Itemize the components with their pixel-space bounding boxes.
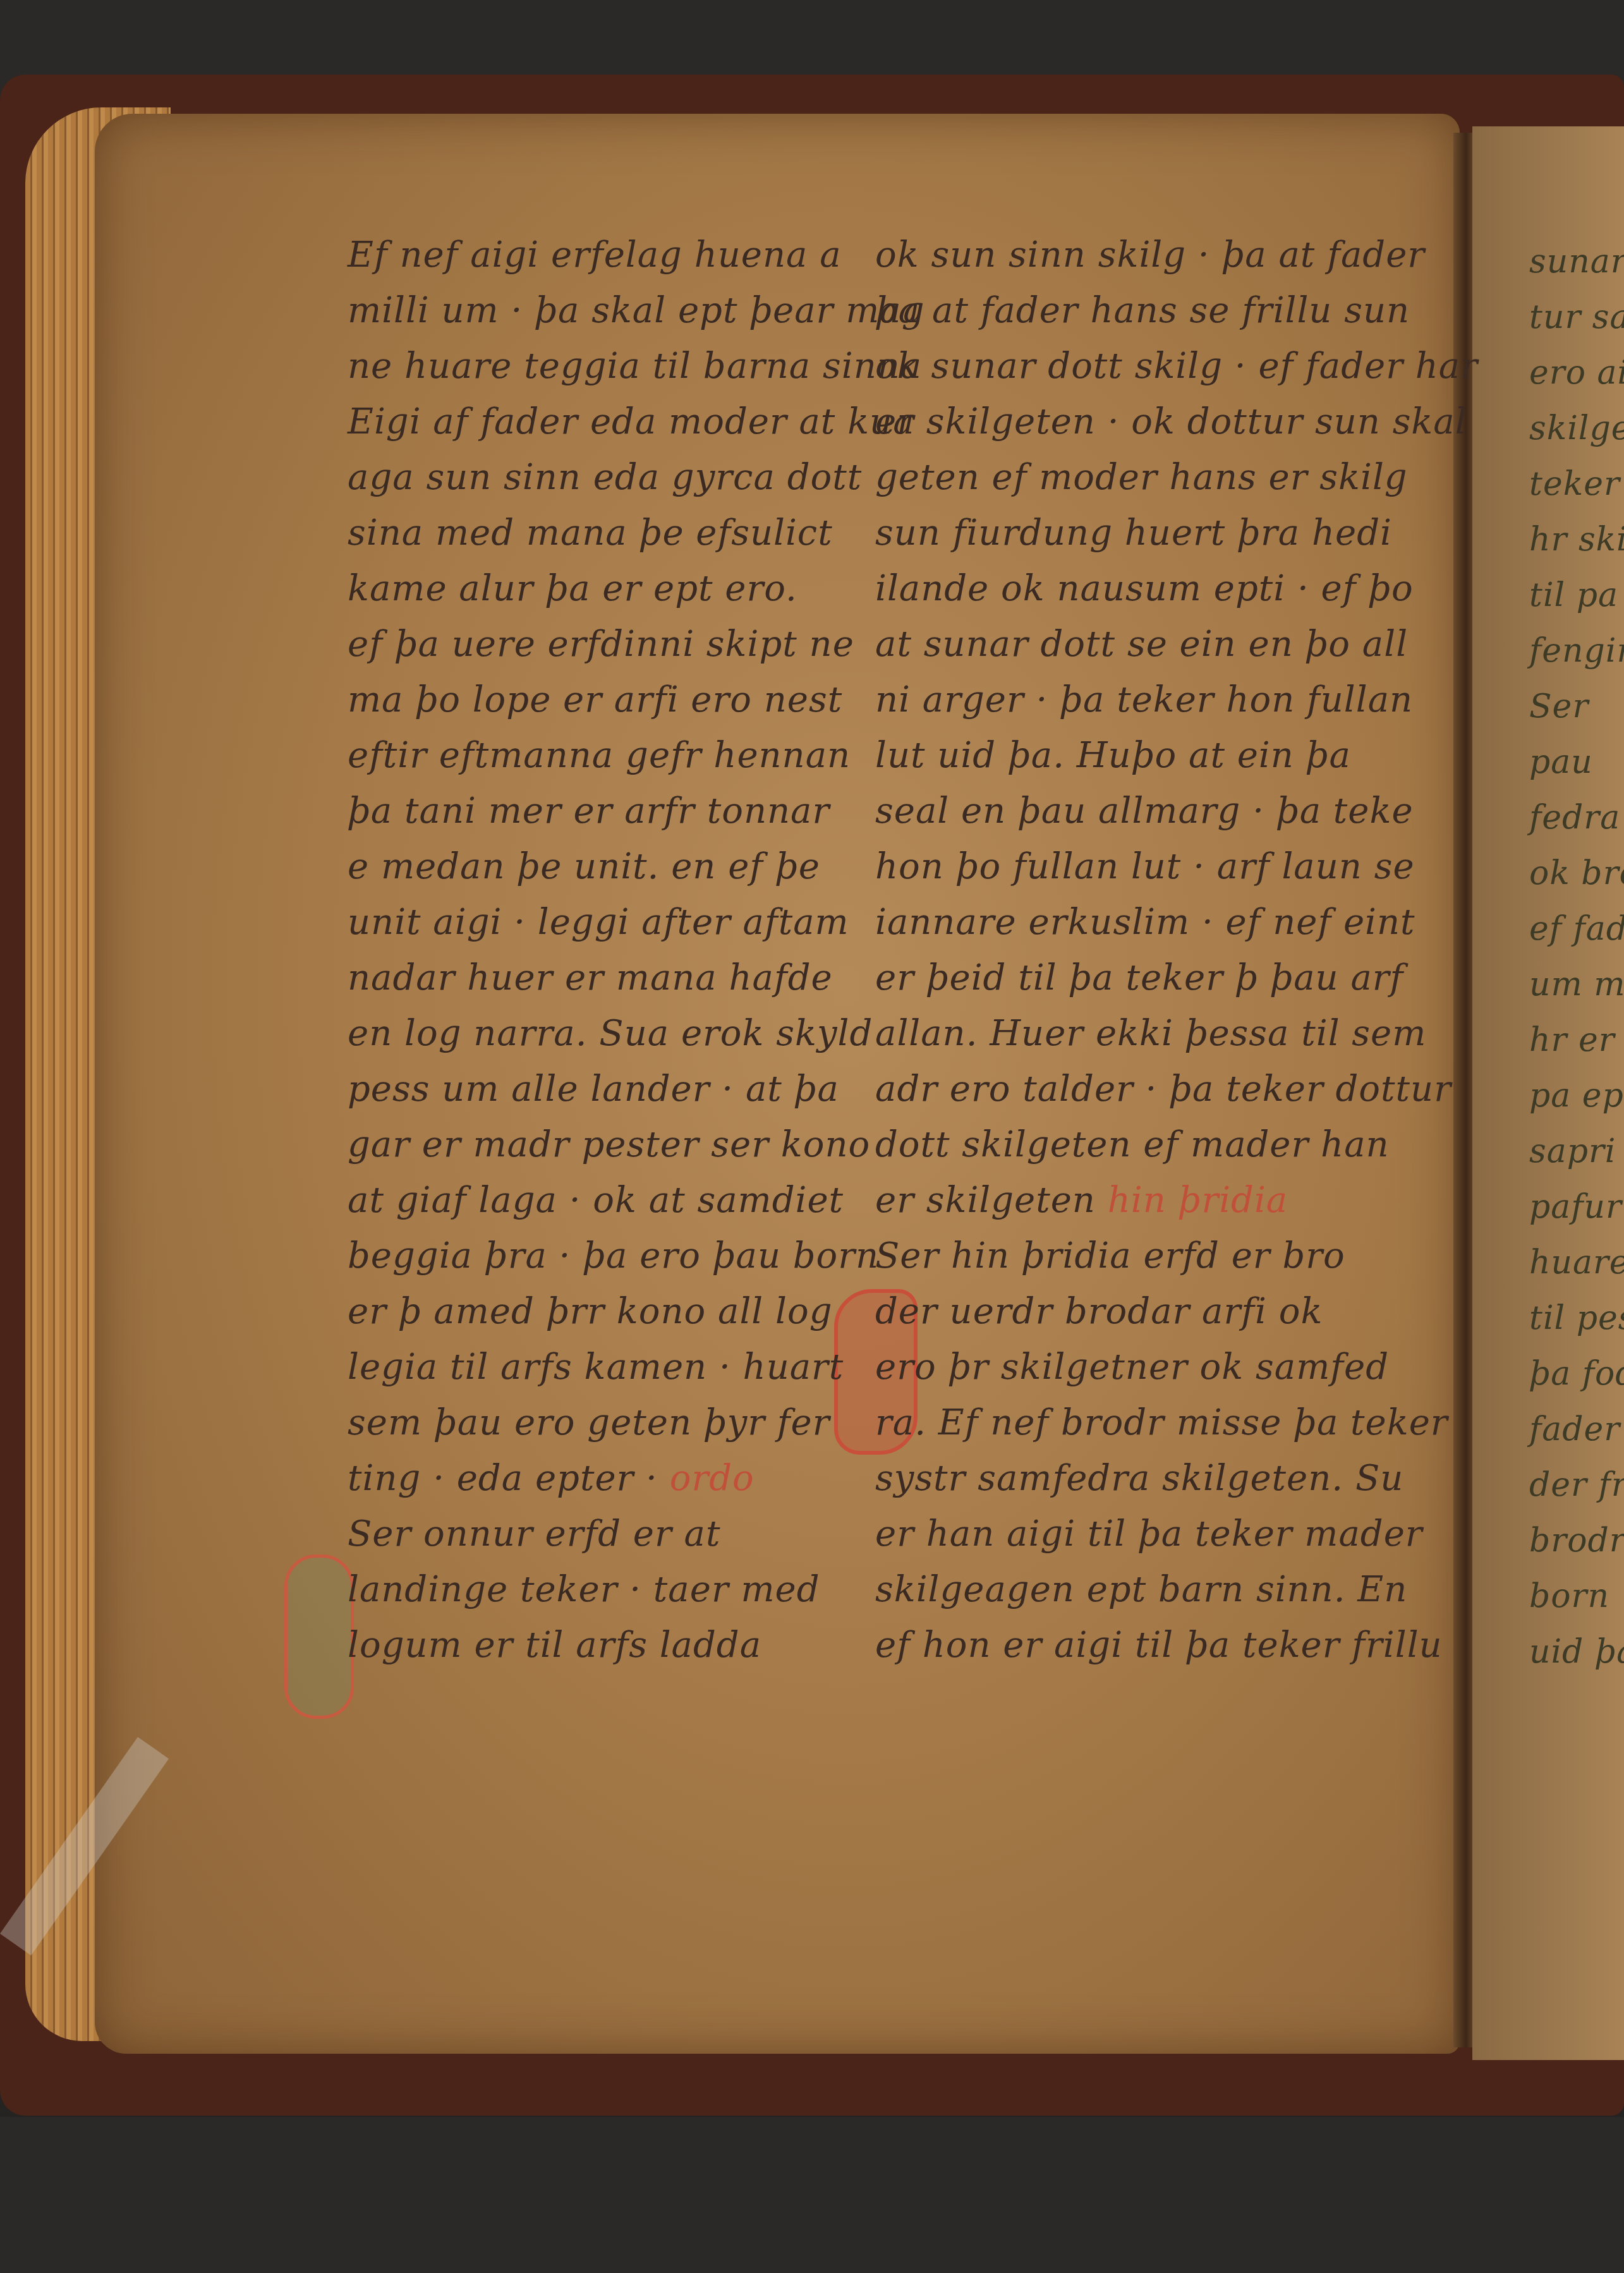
text-line: hon þo fullan lut · arf laun se [875,839,1478,895]
text: ting · eda epter · [348,1458,658,1499]
text-line: uid þa [1529,1624,1624,1680]
text-line: sina med mana þe efsulict [348,506,925,561]
text-line: aga sun sinn eda gyrca dott [348,450,925,506]
text-line: er þ amed þrr kono all log [348,1284,925,1340]
text-column-a: Ef nef aigi erfelag huena a milli um · þ… [348,227,925,1673]
text-line: þa at fader hans se frillu sun [875,283,1478,339]
text-line: milli um · þa skal ept þear mag [348,283,925,339]
text-line: geten ef moder hans er skilg [875,450,1478,506]
text-line: pau [1529,734,1624,790]
text-line: ilande ok nausum epti · ef þo [875,561,1478,617]
text-line-with-rubric: ting · eda epter · ordo [348,1451,925,1506]
text-line: skilgete [1529,401,1624,456]
text-line: lut uid þa. Huþo at ein þa [875,728,1478,784]
text-line: pafur a [1529,1179,1624,1235]
text-line: Ser onnur erfd er at [348,1506,925,1562]
text-line: allan. Huer ekki þessa til sem [875,1006,1478,1062]
text-line: dott skilgeten ef mader han [875,1117,1478,1173]
text-line-with-rubric: er skilgeten hin þridia [875,1173,1478,1228]
text-line: um med [1529,957,1624,1012]
text-line: tur sa [1529,289,1624,345]
text-line: ero þr skilgetner ok samfed [875,1340,1478,1395]
text-line: þa tani mer er arfr tonnar [348,784,925,839]
text-line: ok sun sinn skilg · þa at fader [875,227,1478,283]
text-line: ra. Ef nef brodr misse þa teker [875,1395,1478,1451]
text-line: fengin [1529,623,1624,679]
text-line: logum er til arfs ladda [348,1618,925,1673]
text-line: ni arger · þa teker hon fullan [875,672,1478,728]
text-line: ef hon er aigi til þa teker frillu [875,1618,1478,1673]
text-line: ef fader [1529,901,1624,957]
text-line: ok sunar dott skilg · ef fader har [875,339,1478,394]
text-line: þa fod [1529,1346,1624,1402]
text-line: sem þau ero geten þyr fer [348,1395,925,1451]
text-line: ma þo lope er arfi ero nest [348,672,925,728]
text-line: fedra [1529,790,1624,846]
text-line: nadar huer er mana hafde [348,950,925,1006]
text-line: gar er madr pester ser kono [348,1117,925,1173]
text-line: legia til arfs kamen · huart [348,1340,925,1395]
text-line: kame alur þa er ept ero. [348,561,925,617]
text-line: fader h [1529,1402,1624,1457]
rubric: hin þridia [1108,1180,1288,1221]
text-line: hr skil [1529,512,1624,567]
text-line: adr ero talder · þa teker dottur [875,1062,1478,1117]
text-line: e medan þe unit. en ef þe [348,839,925,895]
text-line: sunar d [1529,234,1624,289]
text-column-b: ok sun sinn skilg · þa at fader þa at fa… [875,227,1478,1673]
text-line: at sunar dott se ein en þo all [875,617,1478,672]
text-line: systr samfedra skilgeten. Su [875,1451,1478,1506]
text-line: seal en þau allmarg · þa teke [875,784,1478,839]
text-line: der frill [1529,1457,1624,1513]
text-line: skilgeagen ept barn sinn. En [875,1562,1478,1618]
text-line: at giaf laga · ok at samdiet [348,1173,925,1228]
rubric: ordo [670,1458,754,1499]
text-line: eftir eftmanna gefr hennan [348,728,925,784]
text-line: der uerdr brodar arfi ok [875,1284,1478,1340]
text-line: unit aigi · leggi after aftam [348,895,925,950]
text-line: landinge teker · taer med [348,1562,925,1618]
text-line: sun fiurdung huert þra hedi [875,506,1478,561]
text-line: er han aigi til þa teker mader [875,1506,1478,1562]
text-line: huare [1529,1235,1624,1290]
text-line: teker m [1529,456,1624,512]
text-line: ok brodr [1529,846,1624,901]
text-line: ne huare teggia til barna sinna [348,339,925,394]
text-line: ero aigi [1529,345,1624,401]
text-column-facing-page: sunar d tur sa ero aigi skilgete teker m… [1529,234,1624,1680]
bottom-surface [0,2117,1624,2273]
text-line: Eigi af fader eda moder at kua [348,394,925,450]
text-line: ef þa uere erfdinni skipt ne [348,617,925,672]
text-line: en log narra. Sua erok skyld [348,1006,925,1062]
text-line: pa ept [1529,1068,1624,1124]
text-line: til pes [1529,1290,1624,1346]
text-line: er þeid til þa teker þ þau arf [875,950,1478,1006]
text-line: brodr [1529,1513,1624,1568]
text-line: Ef nef aigi erfelag huena a [348,227,925,283]
text-line: Ser [1529,679,1624,734]
text-line: hr er sk [1529,1012,1624,1068]
text-line: pess um alle lander · at þa [348,1062,925,1117]
text-line: iannare erkuslim · ef nef eint [875,895,1478,950]
text: er skilgeten [875,1180,1096,1221]
text-line: er skilgeten · ok dottur sun skal [875,394,1478,450]
text-line: Ser hin þridia erfd er bro [875,1228,1478,1284]
text-line: beggia þra · þa ero þau born [348,1228,925,1284]
faded-initial [284,1555,354,1719]
text-line: born [1529,1568,1624,1624]
text-line: til pa [1529,567,1624,623]
text-line: sapri [1529,1124,1624,1179]
